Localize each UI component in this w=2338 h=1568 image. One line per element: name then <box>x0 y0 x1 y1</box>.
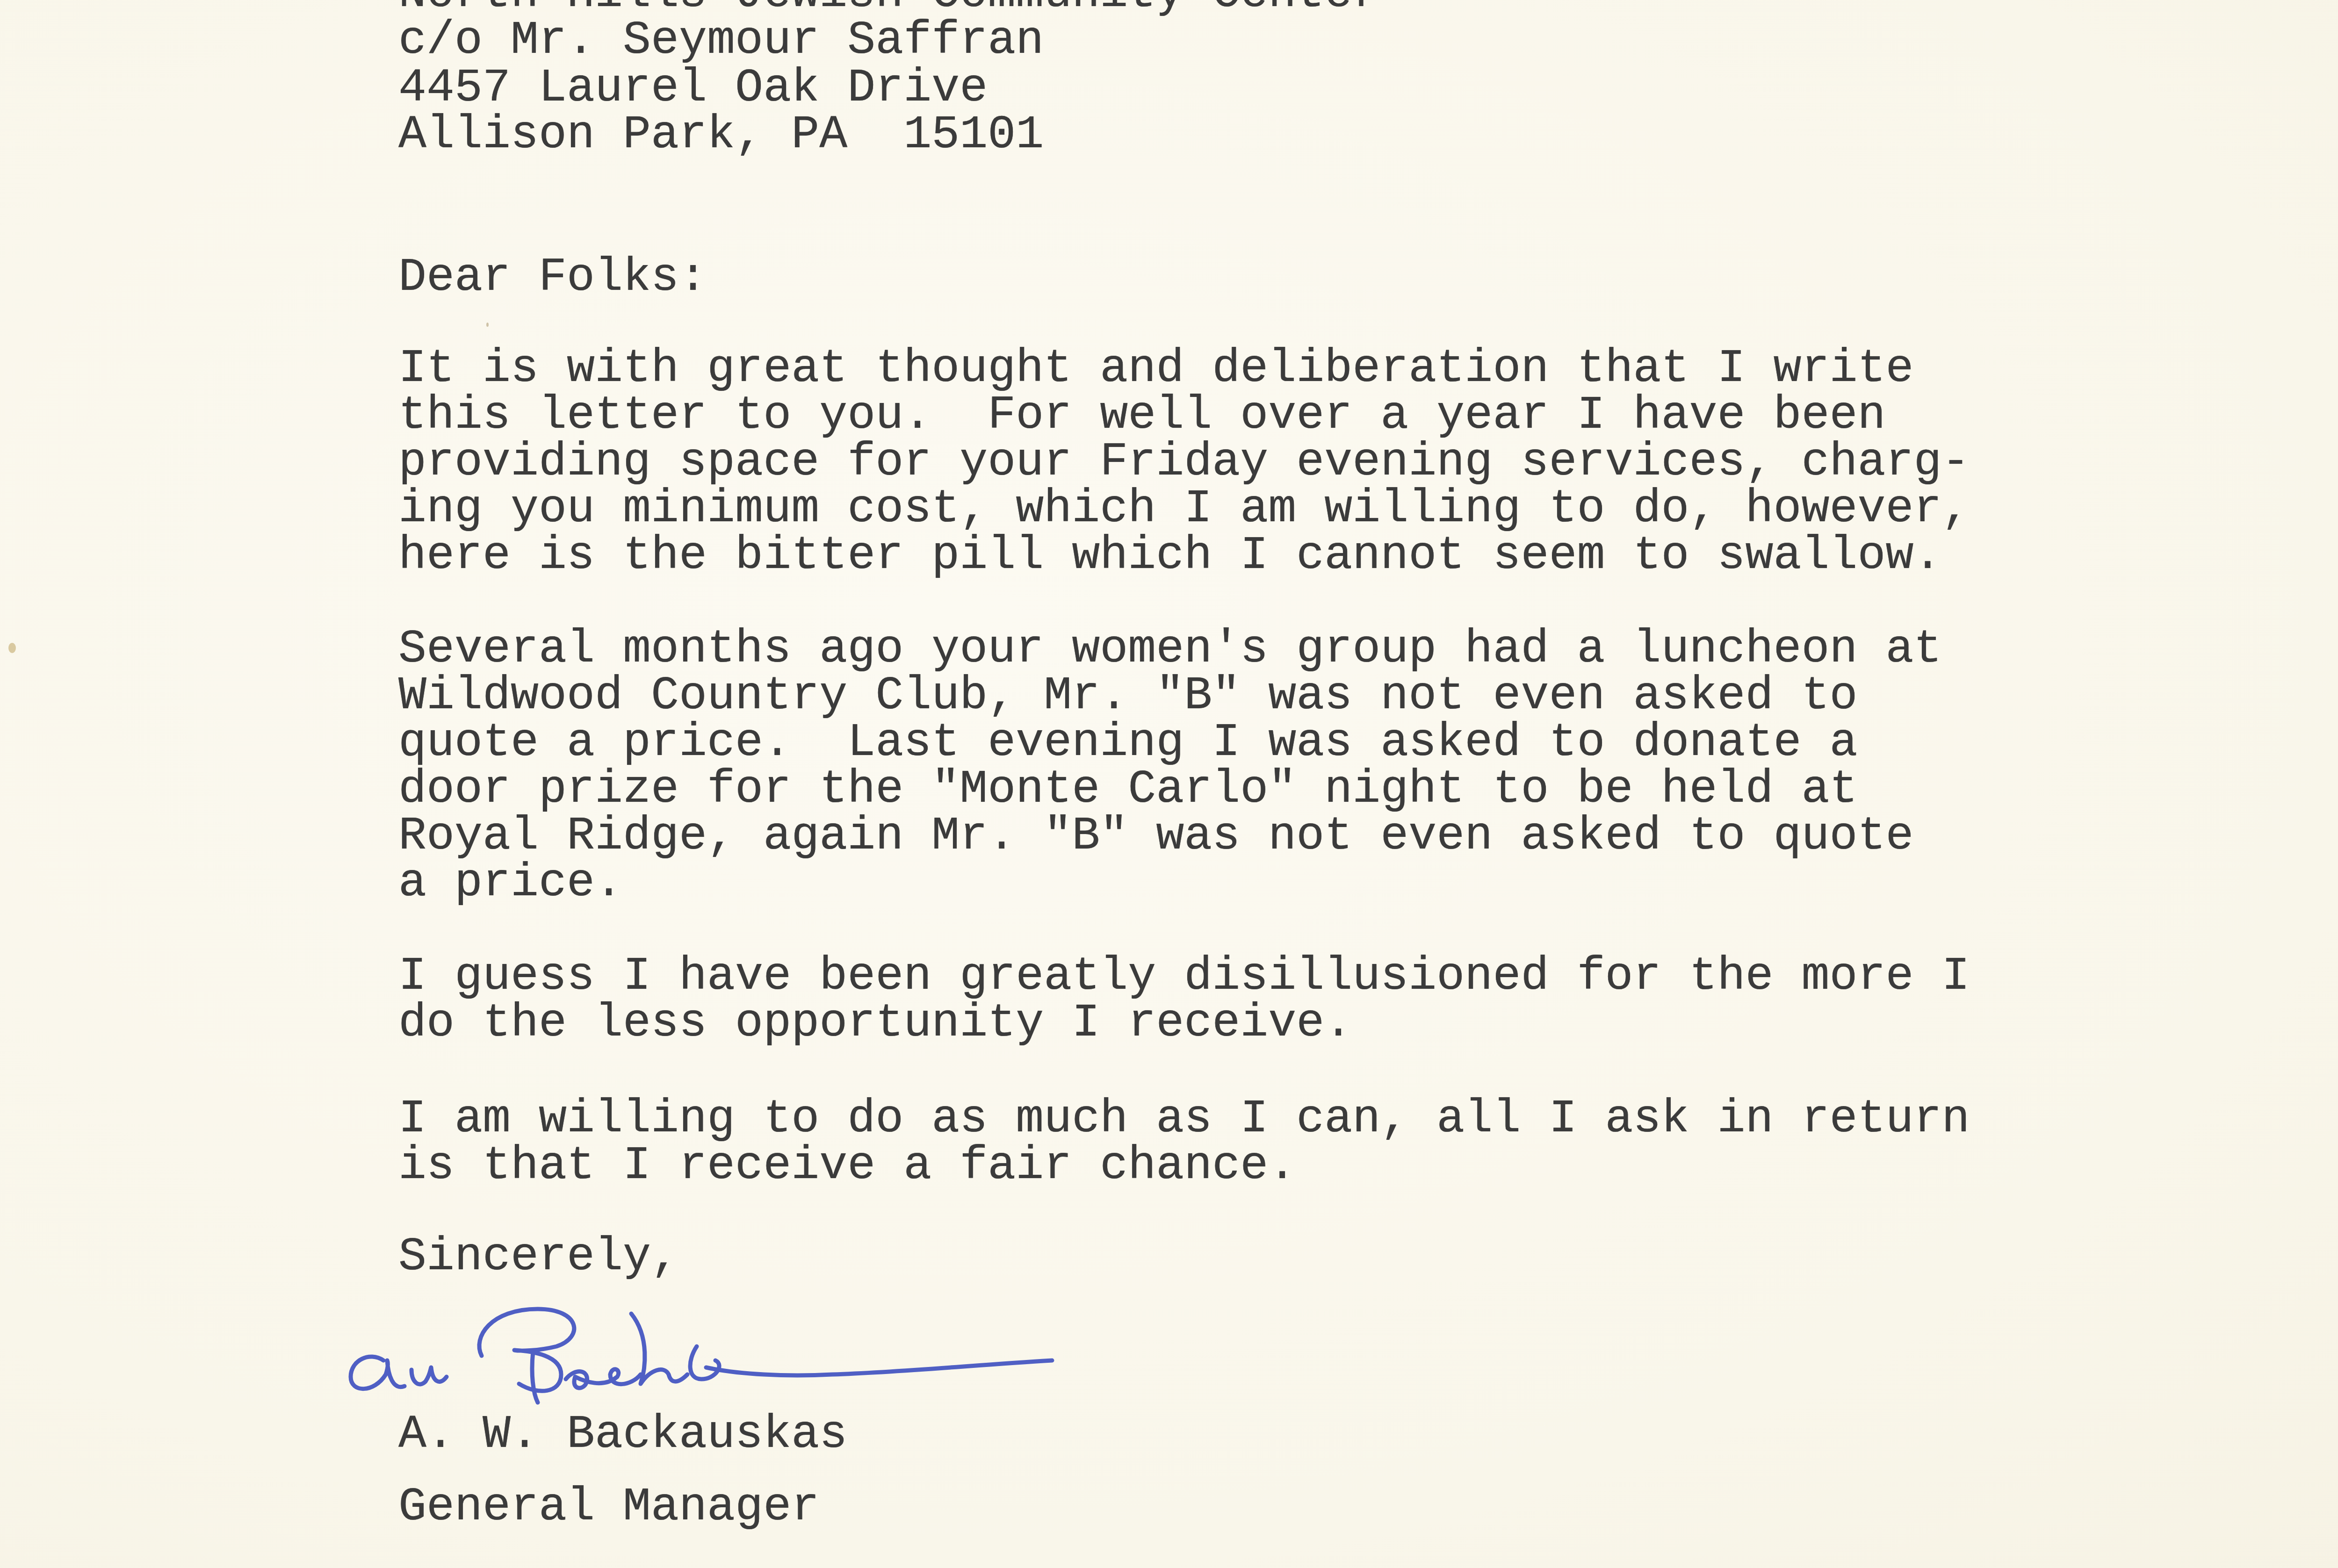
paper-speck <box>486 323 489 327</box>
signature-image <box>341 1281 1183 1421</box>
recipient-line-attention: c/o Mr. Seymour Saffran <box>398 18 1044 65</box>
paragraph-2-line-4: door prize for the "Monte Carlo" night t… <box>398 767 1858 813</box>
paragraph-1-line-4: ing you minimum cost, which I am willing… <box>398 486 1970 533</box>
paragraph-4-line-2: is that I receive a fair chance. <box>398 1143 1296 1190</box>
signer-name: A. W. Backauskas <box>398 1412 847 1459</box>
recipient-line-city: Allison Park, PA 15101 <box>398 112 1044 159</box>
paragraph-1-line-2: this letter to you. For well over a year… <box>398 393 1886 439</box>
paragraph-2-line-6: a price. <box>398 860 623 907</box>
paragraph-3-line-1: I guess I have been greatly disillusione… <box>398 954 1970 1000</box>
paragraph-2-line-3: quote a price. Last evening I was asked … <box>398 720 1858 767</box>
paragraph-1-line-1: It is with great thought and deliberatio… <box>398 346 1914 393</box>
closing: Sincerely, <box>398 1234 679 1281</box>
paper-speck <box>8 643 16 653</box>
recipient-line-street: 4457 Laurel Oak Drive <box>398 65 988 112</box>
paragraph-1-line-3: providing space for your Friday evening … <box>398 439 1970 486</box>
paragraph-2-line-5: Royal Ridge, again Mr. "B" was not even … <box>398 813 1914 860</box>
paragraph-2-line-1: Several months ago your women's group ha… <box>398 626 1942 673</box>
paragraph-1-line-5: here is the bitter pill which I cannot s… <box>398 533 1942 580</box>
letter-page: North Hills Jewish Community Center c/o … <box>0 0 2338 1568</box>
paragraph-3-line-2: do the less opportunity I receive. <box>398 1000 1352 1047</box>
salutation: Dear Folks: <box>398 255 707 302</box>
signer-title: General Manager <box>398 1484 819 1531</box>
paragraph-4-line-1: I am willing to do as much as I can, all… <box>398 1096 1970 1143</box>
paragraph-2-line-2: Wildwood Country Club, Mr. "B" was not e… <box>398 673 1858 720</box>
